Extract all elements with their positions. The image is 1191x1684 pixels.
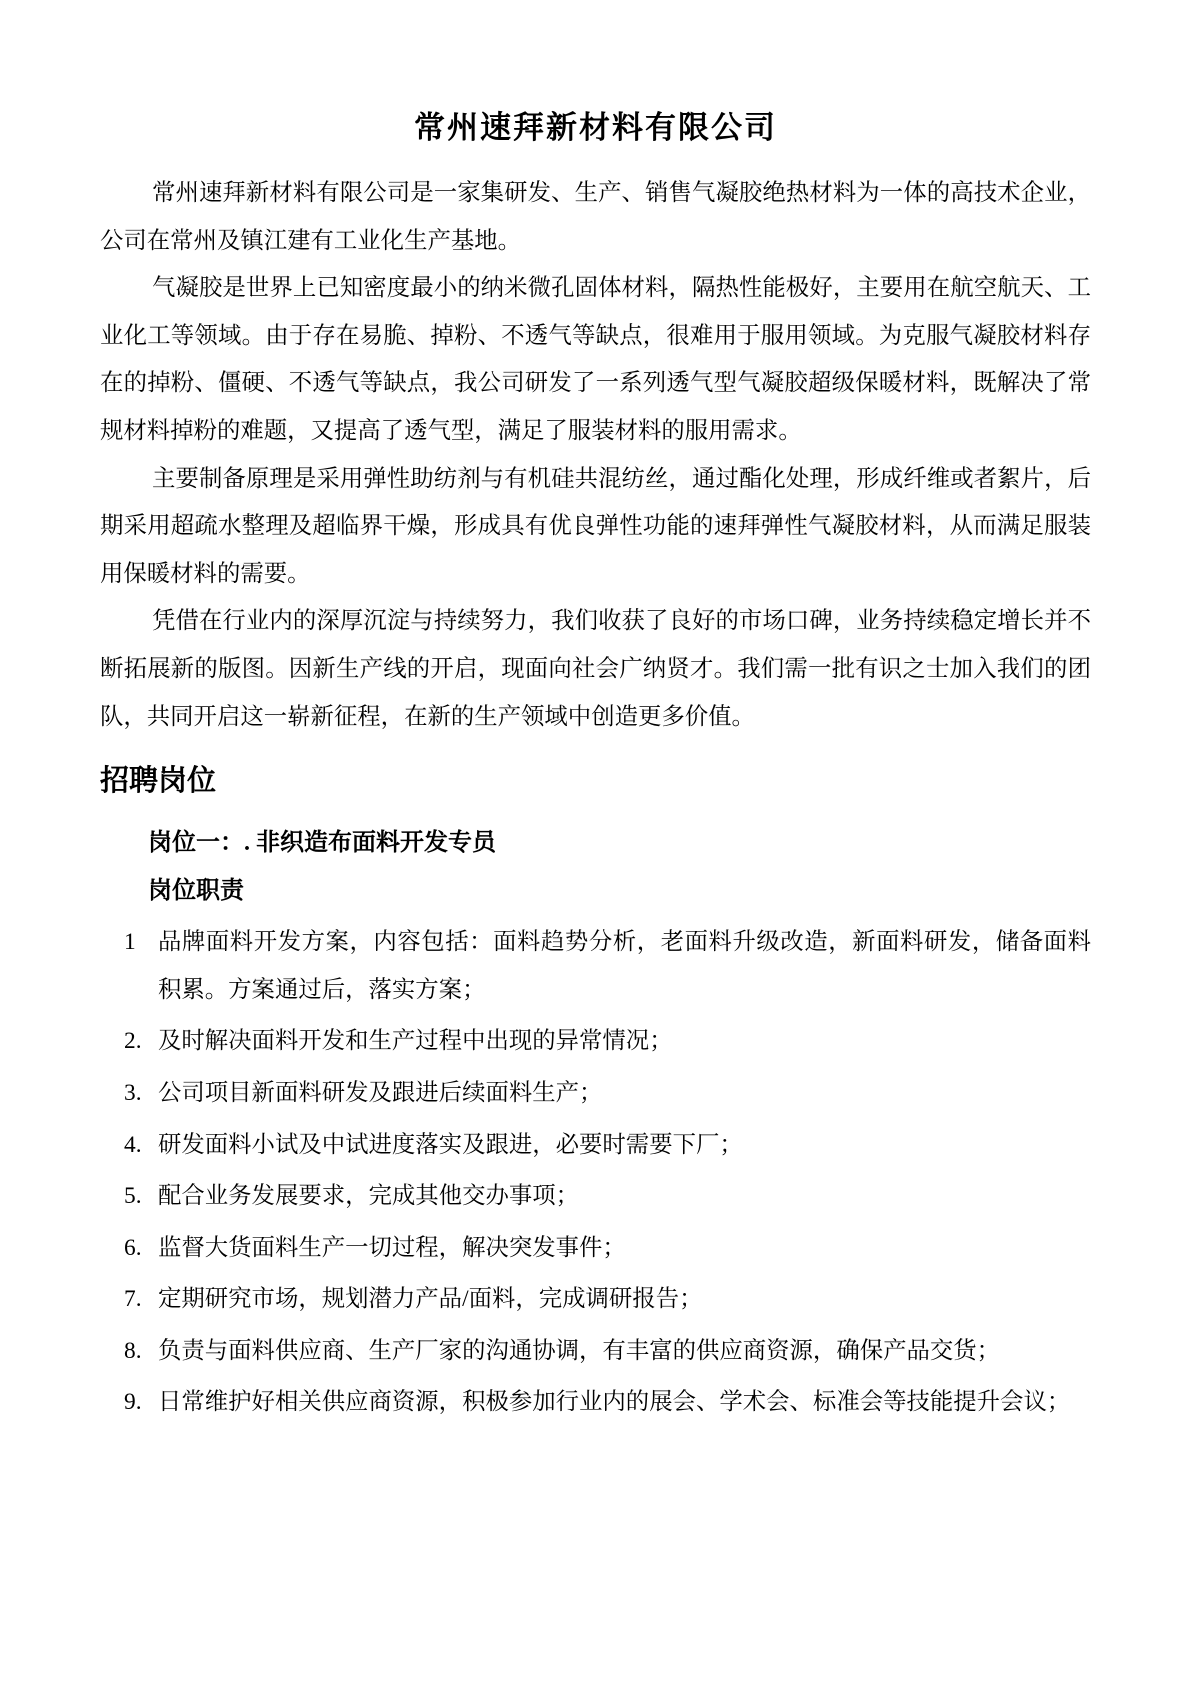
duty-number: 8. bbox=[124, 1328, 158, 1376]
duty-number: 7. bbox=[124, 1276, 158, 1324]
duty-text: 公司项目新面料研发及跟进后续面料生产； bbox=[158, 1070, 1091, 1118]
duty-number: 1 bbox=[124, 919, 158, 967]
duty-item: 5. 配合业务发展要求，完成其他交办事项； bbox=[124, 1173, 1091, 1221]
position-one-heading: 岗位一：. 非织造布面料开发专员 bbox=[148, 819, 1091, 867]
intro-paragraph: 常州速拜新材料有限公司是一家集研发、生产、销售气凝胶绝热材料为一体的高技术企业，… bbox=[100, 170, 1091, 265]
duty-text: 负责与面料供应商、生产厂家的沟通协调，有丰富的供应商资源，确保产品交货； bbox=[158, 1328, 1091, 1376]
document-page: 常州速拜新材料有限公司 常州速拜新材料有限公司是一家集研发、生产、销售气凝胶绝热… bbox=[0, 0, 1191, 1684]
duties-list: 1 品牌面料开发方案，内容包括：面料趋势分析，老面料升级改造，新面料研发，储备面… bbox=[124, 919, 1091, 1427]
duty-item: 9. 日常维护好相关供应商资源，积极参加行业内的展会、学术会、标准会等技能提升会… bbox=[124, 1379, 1091, 1427]
duty-number: 3. bbox=[124, 1070, 158, 1118]
duty-text: 日常维护好相关供应商资源，积极参加行业内的展会、学术会、标准会等技能提升会议； bbox=[158, 1379, 1091, 1427]
duty-number: 2. bbox=[124, 1018, 158, 1066]
duty-text: 配合业务发展要求，完成其他交办事项； bbox=[158, 1173, 1091, 1221]
duty-item: 1 品牌面料开发方案，内容包括：面料趋势分析，老面料升级改造，新面料研发，储备面… bbox=[124, 919, 1091, 1014]
duty-number: 4. bbox=[124, 1122, 158, 1170]
intro-paragraph: 凭借在行业内的深厚沉淀与持续努力，我们收获了良好的市场口碑，业务持续稳定增长并不… bbox=[100, 598, 1091, 741]
duty-number: 5. bbox=[124, 1173, 158, 1221]
duties-heading: 岗位职责 bbox=[148, 867, 1091, 915]
duty-item: 7. 定期研究市场，规划潜力产品/面料，完成调研报告； bbox=[124, 1276, 1091, 1324]
duty-item: 2. 及时解决面料开发和生产过程中出现的异常情况； bbox=[124, 1018, 1091, 1066]
duty-item: 3. 公司项目新面料研发及跟进后续面料生产； bbox=[124, 1070, 1091, 1118]
duty-text: 品牌面料开发方案，内容包括：面料趋势分析，老面料升级改造，新面料研发，储备面料积… bbox=[158, 919, 1091, 1014]
duty-item: 6. 监督大货面料生产一切过程，解决突发事件； bbox=[124, 1225, 1091, 1273]
duty-text: 监督大货面料生产一切过程，解决突发事件； bbox=[158, 1225, 1091, 1273]
intro-paragraph: 主要制备原理是采用弹性助纺剂与有机硅共混纺丝，通过酯化处理，形成纤维或者絮片，后… bbox=[100, 456, 1091, 599]
document-title: 常州速拜新材料有限公司 bbox=[100, 104, 1091, 152]
recruitment-section-heading: 招聘岗位 bbox=[100, 757, 1091, 805]
intro-paragraph: 气凝胶是世界上已知密度最小的纳米微孔固体材料，隔热性能极好，主要用在航空航天、工… bbox=[100, 265, 1091, 455]
duty-item: 8. 负责与面料供应商、生产厂家的沟通协调，有丰富的供应商资源，确保产品交货； bbox=[124, 1328, 1091, 1376]
duty-item: 4. 研发面料小试及中试进度落实及跟进，必要时需要下厂； bbox=[124, 1122, 1091, 1170]
duty-number: 9. bbox=[124, 1379, 158, 1427]
duty-text: 及时解决面料开发和生产过程中出现的异常情况； bbox=[158, 1018, 1091, 1066]
duty-number: 6. bbox=[124, 1225, 158, 1273]
duty-text: 定期研究市场，规划潜力产品/面料，完成调研报告； bbox=[158, 1276, 1091, 1324]
duty-text: 研发面料小试及中试进度落实及跟进，必要时需要下厂； bbox=[158, 1122, 1091, 1170]
document-content: 常州速拜新材料有限公司 常州速拜新材料有限公司是一家集研发、生产、销售气凝胶绝热… bbox=[100, 104, 1091, 1427]
